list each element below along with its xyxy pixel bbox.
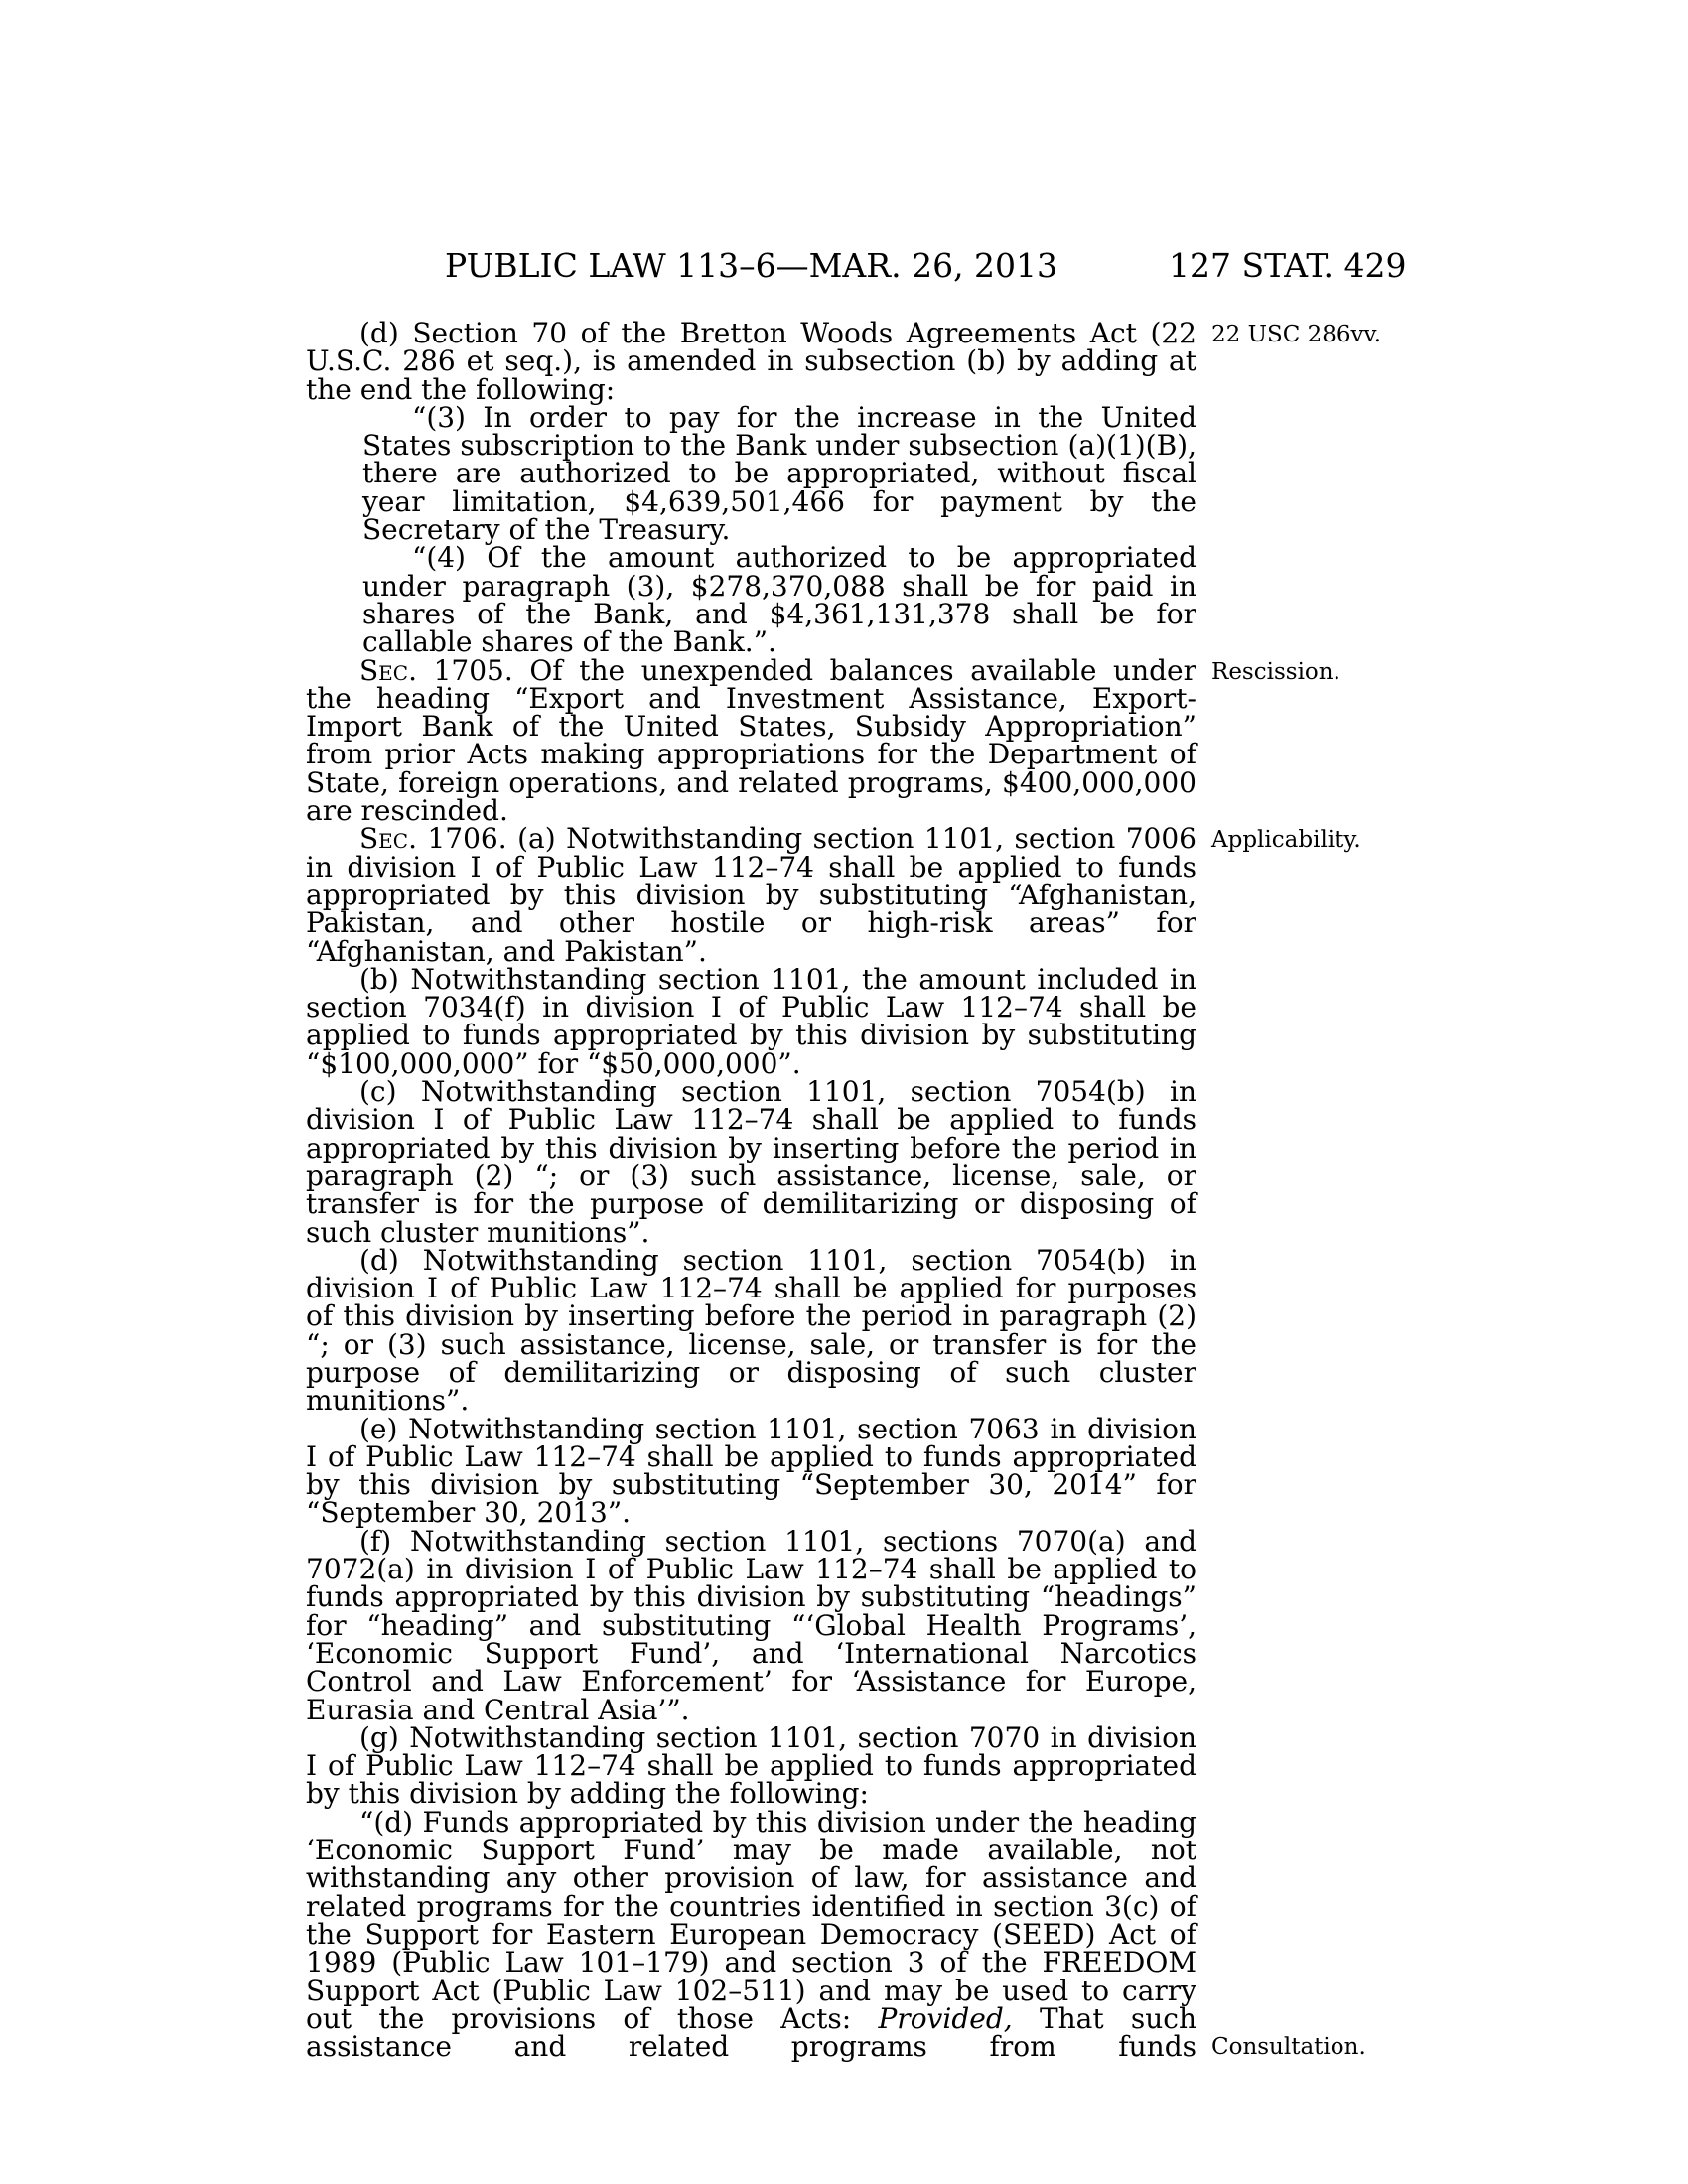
text-run: (b) Notwithstanding section 1101, the am… [306, 963, 1196, 1080]
text-run: (d) Notwithstanding section 1101, sectio… [306, 1244, 1196, 1417]
text-run: (f) Notwithstanding section 1101, sectio… [306, 1525, 1196, 1726]
text-run: (c) Notwithstanding section 1101, sectio… [306, 1075, 1196, 1248]
paragraph: (d) Section 70 of the Bretton Woods Agre… [306, 320, 1196, 404]
page-header-title: PUBLIC LAW 113–6—MAR. 26, 2013 [306, 248, 1196, 284]
text-run: 1706. (a) Notwithstanding section 1101, … [306, 822, 1196, 967]
text-run: 1705. Of the unexpended balances availab… [306, 654, 1196, 827]
margin-note: Rescission. [1211, 659, 1489, 685]
page-header-stat-number: 127 STAT. 429 [1169, 248, 1406, 284]
document-body: (d) Section 70 of the Bretton Woods Agre… [306, 320, 1196, 2061]
margin-note: Applicability. [1211, 827, 1489, 853]
text-run: (e) Notwithstanding section 1101, sectio… [306, 1413, 1196, 1530]
paragraph: (c) Notwithstanding section 1101, sectio… [306, 1078, 1196, 1247]
margin-note: Consultation. [1211, 2034, 1489, 2060]
paragraph: “(3) In order to pay for the increase in… [362, 404, 1196, 544]
paragraph: (b) Notwithstanding section 1101, the am… [306, 966, 1196, 1078]
paragraph: “(4) Of the amount authorized to be appr… [362, 544, 1196, 656]
statute-page: PUBLIC LAW 113–6—MAR. 26, 2013 127 STAT.… [0, 0, 1688, 2184]
paragraph: (d) Notwithstanding section 1101, sectio… [306, 1247, 1196, 1416]
text-run: “(4) Of the amount authorized to be appr… [362, 541, 1196, 658]
text-run: (d) Section 70 of the Bretton Woods Agre… [306, 317, 1196, 406]
text-run: (g) Notwithstanding section 1101, sectio… [306, 1721, 1196, 1811]
paragraph: (f) Notwithstanding section 1101, sectio… [306, 1528, 1196, 1724]
paragraph: Sec. 1706. (a) Notwithstanding section 1… [306, 825, 1196, 965]
text-run: “(d) Funds appropriated by this division… [306, 1806, 1196, 2035]
paragraph: (g) Notwithstanding section 1101, sectio… [306, 1724, 1196, 1809]
text-run: “(3) In order to pay for the increase in… [362, 401, 1196, 546]
margin-note: 22 USC 286vv. [1211, 322, 1489, 347]
paragraph: (e) Notwithstanding section 1101, sectio… [306, 1416, 1196, 1528]
paragraph: “(d) Funds appropriated by this division… [306, 1809, 1196, 2062]
paragraph: Sec. 1705. Of the unexpended balances av… [306, 657, 1196, 826]
